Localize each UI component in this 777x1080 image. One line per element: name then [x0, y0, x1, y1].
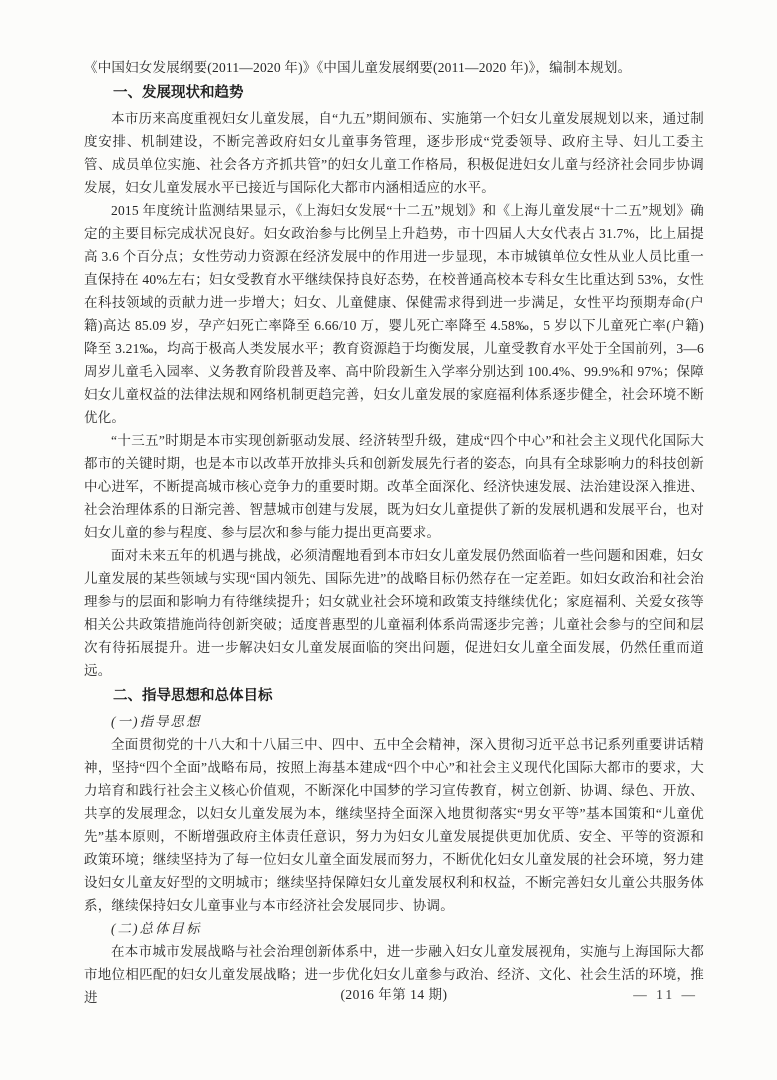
page-footer: (2016 年第 14 期) — 11 —: [84, 983, 704, 1006]
scanned-document-page: 《中国妇女发展纲要(2011—2020 年)》《中国儿童发展纲要(2011—20…: [0, 0, 777, 1080]
section-heading-development-status: 一、发展现状和趋势: [84, 82, 704, 105]
footer-issue-label: (2016 年第 14 期): [84, 983, 704, 1006]
body-paragraph-history: 本市历来高度重视妇女儿童发展，自“九五”期间颁布、实施第一个妇女儿童发展规划以来…: [84, 107, 704, 199]
footer-page-number: — 11 —: [633, 983, 698, 1006]
subsection-heading-overall-goal: (二)总体目标: [84, 917, 704, 940]
section-heading-guiding-ideology: 二、指导思想和总体目标: [84, 685, 704, 708]
document-body: 《中国妇女发展纲要(2011—2020 年)》《中国儿童发展纲要(2011—20…: [84, 56, 704, 1009]
continuation-paragraph: 《中国妇女发展纲要(2011—2020 年)》《中国儿童发展纲要(2011—20…: [84, 56, 704, 79]
body-paragraph-13th-five-year-period: “十三五”时期是本市实现创新驱动发展、经济转型升级，建成“四个中心”和社会主义现…: [84, 429, 704, 544]
body-paragraph-challenges: 面对未来五年的机遇与挑战，必须清醒地看到本市妇女儿童发展仍然面临着一些问题和困难…: [84, 544, 704, 682]
body-paragraph-2015-statistics: 2015 年度统计监测结果显示，《上海妇女发展“十二五”规划》和《上海儿童发展“…: [84, 199, 704, 429]
subsection-heading-guiding-thought: (一)指导思想: [84, 710, 704, 733]
body-paragraph-guiding-thought: 全面贯彻党的十八大和十八届三中、四中、五中全会精神，深入贯彻习近平总书记系列重要…: [84, 733, 704, 917]
